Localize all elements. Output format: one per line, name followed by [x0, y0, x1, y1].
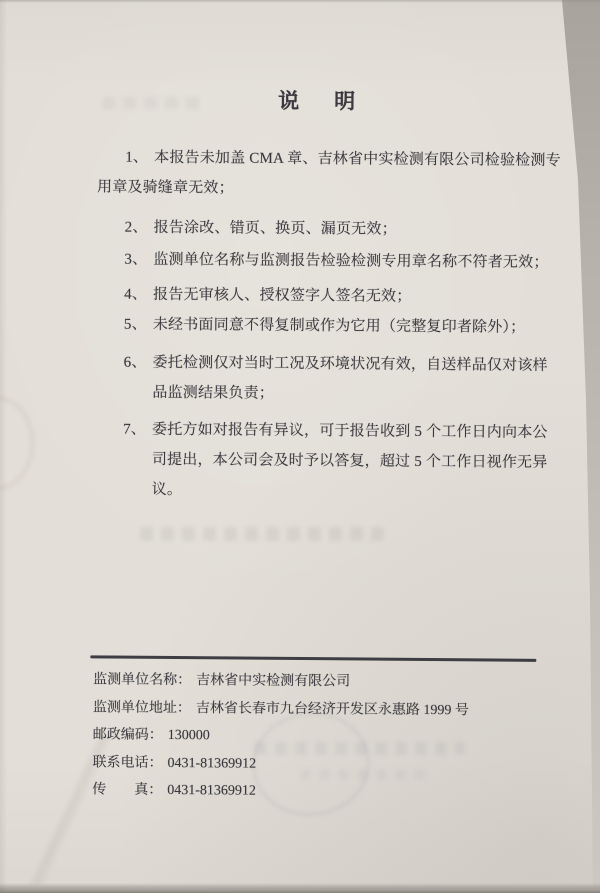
- footer-label: 监测单位地址：: [93, 700, 191, 716]
- note-text: 监测单位名称与监测报告检验检测专用章名称不符者无效；: [153, 252, 548, 271]
- footer-value: 吉林省中实检测有限公司: [196, 673, 350, 689]
- note-item-4: 4、报告无审核人、授权签字人签名无效；: [96, 279, 543, 313]
- footer-info: 监测单位名称：吉林省中实检测有限公司 监测单位地址：吉林省长春市九台经济开发区永…: [92, 666, 469, 806]
- note-line: 1、本报告未加盖 CMA 章、吉林省中实检测有限公司检验检测专: [97, 142, 544, 176]
- note-line: 6、委托检测仅对当时工况及环境状况有效，自送样品仅对该样: [96, 347, 543, 381]
- note-number: 3、: [124, 252, 147, 268]
- footer-label: 邮政编码：: [93, 727, 163, 743]
- note-text: 报告涂改、错页、换页、漏页无效；: [154, 220, 397, 238]
- notes-list: 1、本报告未加盖 CMA 章、吉林省中实检测有限公司检验检测专 用章及骑缝章无效…: [95, 142, 545, 507]
- footer-value: 130000: [168, 728, 210, 743]
- footer-row-unit-address: 监测单位地址：吉林省长春市九台经济开发区永惠路 1999 号: [93, 694, 469, 724]
- note-line: 4、报告无审核人、授权签字人签名无效；: [96, 279, 543, 313]
- note-number: 7、: [123, 422, 146, 438]
- footer-label: 传 真：: [92, 782, 162, 798]
- note-text: 委托方如对报告有异议，可于报告收到 5 个工作日内向本公: [152, 422, 548, 441]
- note-text: 委托检测仅对当时工况及环境状况有效，自送样品仅对该样: [152, 355, 547, 374]
- note-line: 司提出，本公司会及时予以答复，超过 5 个工作日视作无异: [95, 444, 542, 478]
- footer-label: 监测单位名称：: [93, 672, 191, 688]
- footer-row-phone: 联系电话：0431-81369912: [92, 749, 468, 779]
- note-text: 报告无审核人、授权签字人签名无效；: [153, 287, 412, 305]
- footer-value: 吉林省长春市九台经济开发区永惠路 1999 号: [196, 701, 469, 718]
- note-line: 7、委托方如对报告有异议，可于报告收到 5 个工作日内向本公: [95, 414, 542, 448]
- scanned-document-photo: 说 明 1、本报告未加盖 CMA 章、吉林省中实检测有限公司检验检测专 用章及骑…: [0, 0, 600, 893]
- note-line: 用章及骑缝章无效；: [97, 172, 544, 206]
- note-text: 未经书面同意不得复制或作为它用（完整复印者除外）；: [153, 317, 526, 336]
- note-item-1: 1、本报告未加盖 CMA 章、吉林省中实检测有限公司检验检测专 用章及骑缝章无效…: [97, 142, 544, 206]
- note-text: 本报告未加盖 CMA 章、吉林省中实检测有限公司检验检测专: [154, 150, 561, 169]
- page-title: 说 明: [98, 84, 543, 117]
- note-number: 2、: [125, 220, 148, 236]
- note-item-7: 7、委托方如对报告有异议，可于报告收到 5 个工作日内向本公 司提出，本公司会及…: [95, 414, 543, 508]
- note-line: 议。: [95, 474, 542, 508]
- note-line: 品监测结果负责；: [95, 377, 542, 411]
- footer-row-fax: 传 真：0431-81369912: [92, 776, 468, 806]
- footer-value: 0431-81369912: [167, 755, 256, 771]
- note-item-6: 6、委托检测仅对当时工况及环境状况有效，自送样品仅对该样 品监测结果负责；: [95, 347, 542, 411]
- note-item-3: 3、监测单位名称与监测报告检验检测专用章名称不符者无效；: [96, 244, 543, 278]
- note-number: 5、: [124, 317, 147, 333]
- note-item-5: 5、未经书面同意不得复制或作为它用（完整复印者除外）；: [96, 309, 543, 343]
- footer-label: 联系电话：: [92, 755, 162, 771]
- footer-row-postcode: 邮政编码：130000: [93, 721, 469, 751]
- note-number: 6、: [124, 355, 147, 371]
- divider-rule: [90, 655, 536, 661]
- footer-row-unit-name: 监测单位名称：吉林省中实检测有限公司: [93, 666, 469, 696]
- note-item-2: 2、报告涂改、错页、换页、漏页无效；: [97, 212, 544, 246]
- note-number: 1、: [125, 150, 148, 166]
- note-line: 5、未经书面同意不得复制或作为它用（完整复印者除外）；: [96, 309, 543, 343]
- note-line: 2、报告涂改、错页、换页、漏页无效；: [97, 212, 544, 246]
- note-line: 3、监测单位名称与监测报告检验检测专用章名称不符者无效；: [96, 244, 543, 278]
- note-number: 4、: [124, 287, 147, 303]
- footer-value: 0431-81369912: [167, 783, 256, 799]
- page-sheet: 说 明 1、本报告未加盖 CMA 章、吉林省中实检测有限公司检验检测专 用章及骑…: [0, 0, 600, 893]
